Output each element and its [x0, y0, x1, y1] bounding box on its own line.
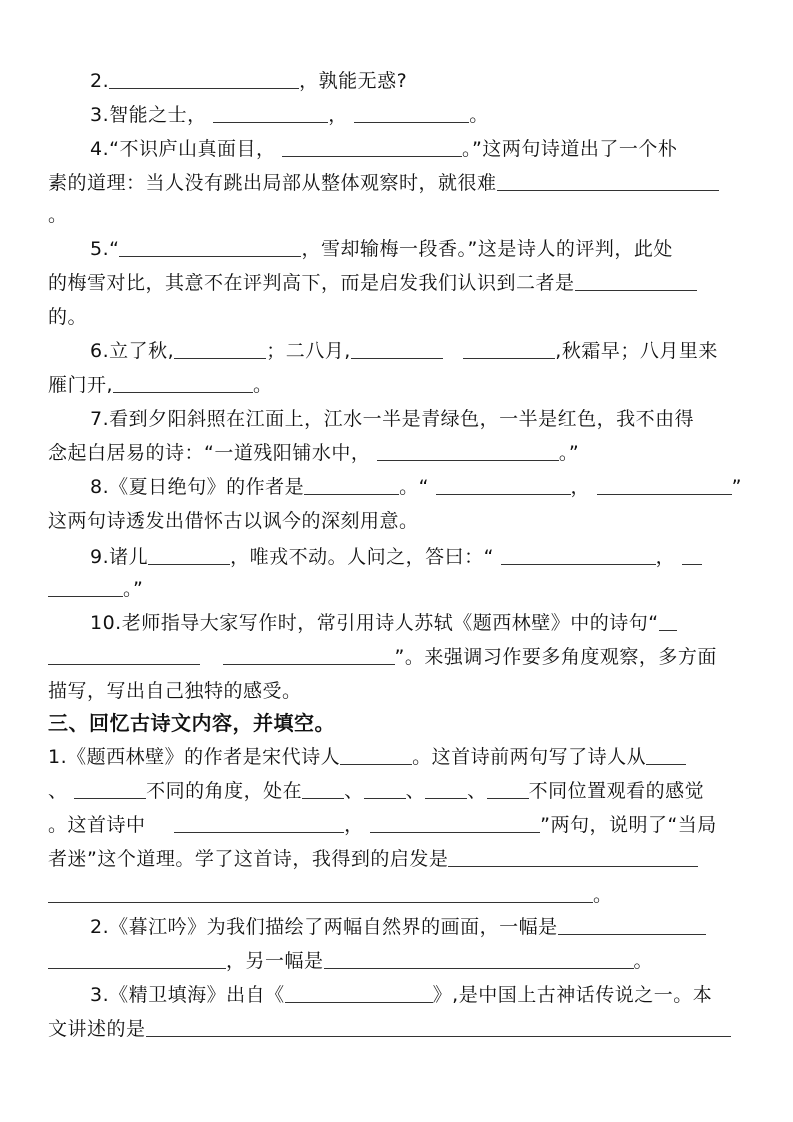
question-number: 1. [48, 746, 67, 768]
question-text: 者迷”这个道理。学了这首诗，我得到的启发是 [48, 848, 448, 870]
section-3-question-1-line-4: 者迷”这个道理。学了这首诗，我得到的启发是 [48, 844, 745, 874]
punctuation: ， [656, 546, 676, 568]
punctuation: 。“ [399, 476, 429, 498]
question-9-line-2: 。” [48, 574, 745, 604]
question-text: 描写，写出自己独特的感受。 [48, 680, 302, 702]
question-number: 2. [90, 916, 109, 938]
answer-blank[interactable] [174, 810, 344, 833]
answer-blank[interactable] [223, 642, 395, 665]
answer-blank[interactable] [324, 946, 634, 969]
question-text: 立了秋, [109, 340, 174, 362]
punctuation: ， [344, 814, 364, 836]
section-3-heading: 三、回忆古诗文内容，并填空。 [48, 708, 745, 738]
answer-blank[interactable] [425, 776, 467, 799]
answer-blank[interactable] [646, 742, 686, 765]
punctuation: 、 [48, 780, 68, 802]
question-text: 《夏日绝句》的作者是 [109, 476, 304, 498]
answer-blank[interactable] [377, 438, 559, 461]
punctuation: 。” [123, 578, 143, 600]
answer-blank[interactable] [119, 234, 301, 257]
answer-blank[interactable] [497, 168, 719, 191]
answer-blank[interactable] [659, 608, 677, 631]
punctuation: “ [109, 238, 119, 260]
section-3-question-2-line-2: ，另一幅是。 [48, 946, 745, 976]
section-3-question-2: 2.《暮江吟》为我们描绘了两幅自然界的画面，一幅是 [90, 912, 745, 942]
question-7-line-2: 念起白居易的诗：“一道残阳铺水中， 。” [48, 438, 745, 468]
question-text: 不同位置观看的感觉 [529, 780, 705, 802]
question-9: 9.诸儿，唯戎不动。人问之，答曰：“ ， [90, 542, 745, 572]
question-number: 9. [90, 546, 109, 568]
question-text: 素的道理：当人没有跳出局部从整体观察时，就很难 [48, 172, 497, 194]
answer-blank[interactable] [364, 776, 406, 799]
question-number: 6. [90, 340, 109, 362]
question-3: 3.智能之士， ， 。 [90, 100, 745, 130]
question-text: 的。 [48, 306, 87, 328]
question-number: 3. [90, 984, 109, 1006]
answer-blank[interactable] [48, 946, 226, 969]
punctuation: 。 [593, 884, 613, 906]
question-number: 10. [90, 612, 122, 634]
question-text: 不同的角度，处在 [146, 780, 302, 802]
question-text: ；二八月, [266, 340, 351, 362]
question-number: 5. [90, 238, 109, 260]
answer-blank[interactable] [285, 980, 433, 1003]
answer-blank[interactable] [109, 66, 299, 89]
question-number: 4. [90, 138, 109, 160]
question-5: 5.“，雪却输梅一段香。”这是诗人的评判，此处 [90, 234, 745, 264]
answer-blank[interactable] [113, 370, 253, 393]
question-text: ”。来强调习作要多角度观察，多方面 [395, 646, 717, 668]
question-2: 2.，孰能无惑? [90, 66, 745, 96]
question-text: 念起白居易的诗：“一道残阳铺水中， [48, 442, 370, 464]
answer-blank[interactable] [597, 472, 732, 495]
question-4-line-3: 。 [48, 200, 745, 230]
punctuation: 。” [559, 442, 579, 464]
answer-blank[interactable] [304, 472, 399, 495]
question-text: ，另一幅是 [226, 950, 324, 972]
punctuation: 。 [634, 950, 654, 972]
answer-blank[interactable] [148, 542, 230, 565]
question-text: 。”这两句诗道出了一个朴 [462, 138, 677, 160]
answer-blank[interactable] [436, 472, 571, 495]
answer-blank[interactable] [354, 100, 469, 123]
section-3-question-1-line-3: 。这首诗中 ， ”两句，说明了“当局 [48, 810, 745, 840]
question-text: ，唯戎不动。人问之，答曰：“ [230, 546, 494, 568]
question-text: 老师指导大家写作时，常引用诗人苏轼《题西林壁》中的诗句“ [122, 612, 659, 634]
question-text: 看到夕阳斜照在江面上，江水一半是青绿色，一半是红色，我不由得 [109, 408, 694, 430]
question-5-line-2: 的梅雪对比，其意不在评判高下，而是启发我们认识到二者是 [48, 268, 745, 298]
question-number: 7. [90, 408, 109, 430]
question-8: 8.《夏日绝句》的作者是。“ ， ” [90, 472, 745, 502]
answer-blank[interactable] [351, 336, 443, 359]
question-text: “不识庐山真面目， [109, 138, 275, 160]
section-3-question-1-line-5: 。 [48, 880, 745, 910]
question-5-line-3: 的。 [48, 302, 745, 332]
question-text: ，孰能无惑? [299, 70, 407, 92]
section-heading: 三、回忆古诗文内容，并填空。 [48, 711, 335, 735]
question-text: ，雪却输梅一段香。”这是诗人的评判，此处 [301, 238, 672, 260]
answer-blank[interactable] [558, 912, 706, 935]
answer-blank[interactable] [302, 776, 344, 799]
section-3-question-3-line-2: 文讲述的是 [48, 1014, 745, 1044]
answer-blank[interactable] [174, 336, 266, 359]
question-number: 2. [90, 70, 109, 92]
question-text: 《暮江吟》为我们描绘了两幅自然界的画面，一幅是 [109, 916, 558, 938]
question-text: 文讲述的是 [48, 1018, 146, 1040]
question-4-line-2: 素的道理：当人没有跳出局部从整体观察时，就很难 [48, 168, 745, 198]
punctuation: 、 [406, 780, 426, 802]
answer-blank[interactable] [74, 776, 146, 799]
answer-blank[interactable] [340, 742, 412, 765]
question-text: 《精卫填海》出自《 [109, 984, 285, 1006]
punctuation: 。 [253, 374, 273, 396]
question-6-line-2: 雁门开,。 [48, 370, 745, 400]
punctuation: 、 [467, 780, 487, 802]
question-text: 雁门开, [48, 374, 113, 396]
question-text: ”两句，说明了“当局 [540, 814, 717, 836]
section-3-question-1: 1.《题西林壁》的作者是宋代诗人。这首诗前两句写了诗人从 [48, 742, 745, 772]
question-text: 。这首诗中 [48, 814, 146, 836]
question-10-line-2: ”。来强调习作要多角度观察，多方面 [48, 642, 745, 672]
answer-blank[interactable] [448, 844, 698, 867]
answer-blank[interactable] [146, 1014, 731, 1037]
question-text: 》,是中国上古神话传说之一。本 [433, 984, 713, 1006]
answer-blank[interactable] [370, 810, 540, 833]
question-10: 10.老师指导大家写作时，常引用诗人苏轼《题西林壁》中的诗句“ [90, 608, 745, 638]
question-text: 。这首诗前两句写了诗人从 [412, 746, 646, 768]
answer-blank[interactable] [682, 542, 702, 565]
question-8-line-2: 这两句诗透发出借怀古以讽今的深刻用意。 [48, 506, 745, 536]
answer-blank[interactable] [501, 542, 656, 565]
question-text: 这两句诗透发出借怀古以讽今的深刻用意。 [48, 510, 419, 532]
question-text: 《题西林壁》的作者是宋代诗人 [67, 746, 340, 768]
section-3-question-1-line-2: 、 不同的角度，处在、、、不同位置观看的感觉 [48, 776, 745, 806]
question-number: 8. [90, 476, 109, 498]
question-number: 3. [90, 104, 109, 126]
answer-blank[interactable] [463, 336, 555, 359]
punctuation: ， [328, 104, 348, 126]
question-4: 4.“不识庐山真面目， 。”这两句诗道出了一个朴 [90, 134, 745, 164]
punctuation: ” [732, 476, 742, 498]
answer-blank[interactable] [487, 776, 529, 799]
question-text: 的梅雪对比，其意不在评判高下，而是启发我们认识到二者是 [48, 272, 575, 294]
question-10-line-3: 描写，写出自己独特的感受。 [48, 676, 745, 706]
question-text: 诸儿 [109, 546, 148, 568]
punctuation: 、 [344, 780, 364, 802]
answer-blank[interactable] [48, 880, 593, 903]
punctuation: ， [571, 476, 591, 498]
answer-blank[interactable] [48, 642, 200, 665]
answer-blank[interactable] [282, 134, 462, 157]
answer-blank[interactable] [48, 574, 123, 597]
answer-blank[interactable] [575, 268, 697, 291]
section-3-question-3: 3.《精卫填海》出自《》,是中国上古神话传说之一。本 [90, 980, 745, 1010]
question-7: 7.看到夕阳斜照在江面上，江水一半是青绿色，一半是红色，我不由得 [90, 404, 745, 434]
answer-blank[interactable] [213, 100, 328, 123]
question-6: 6.立了秋,；二八月, ,秋霜早；八月里来 [90, 336, 745, 366]
punctuation: 。 [469, 104, 489, 126]
question-text: 智能之士， [109, 104, 207, 126]
question-text: ,秋霜早；八月里来 [555, 340, 718, 362]
punctuation: 。 [48, 204, 68, 226]
